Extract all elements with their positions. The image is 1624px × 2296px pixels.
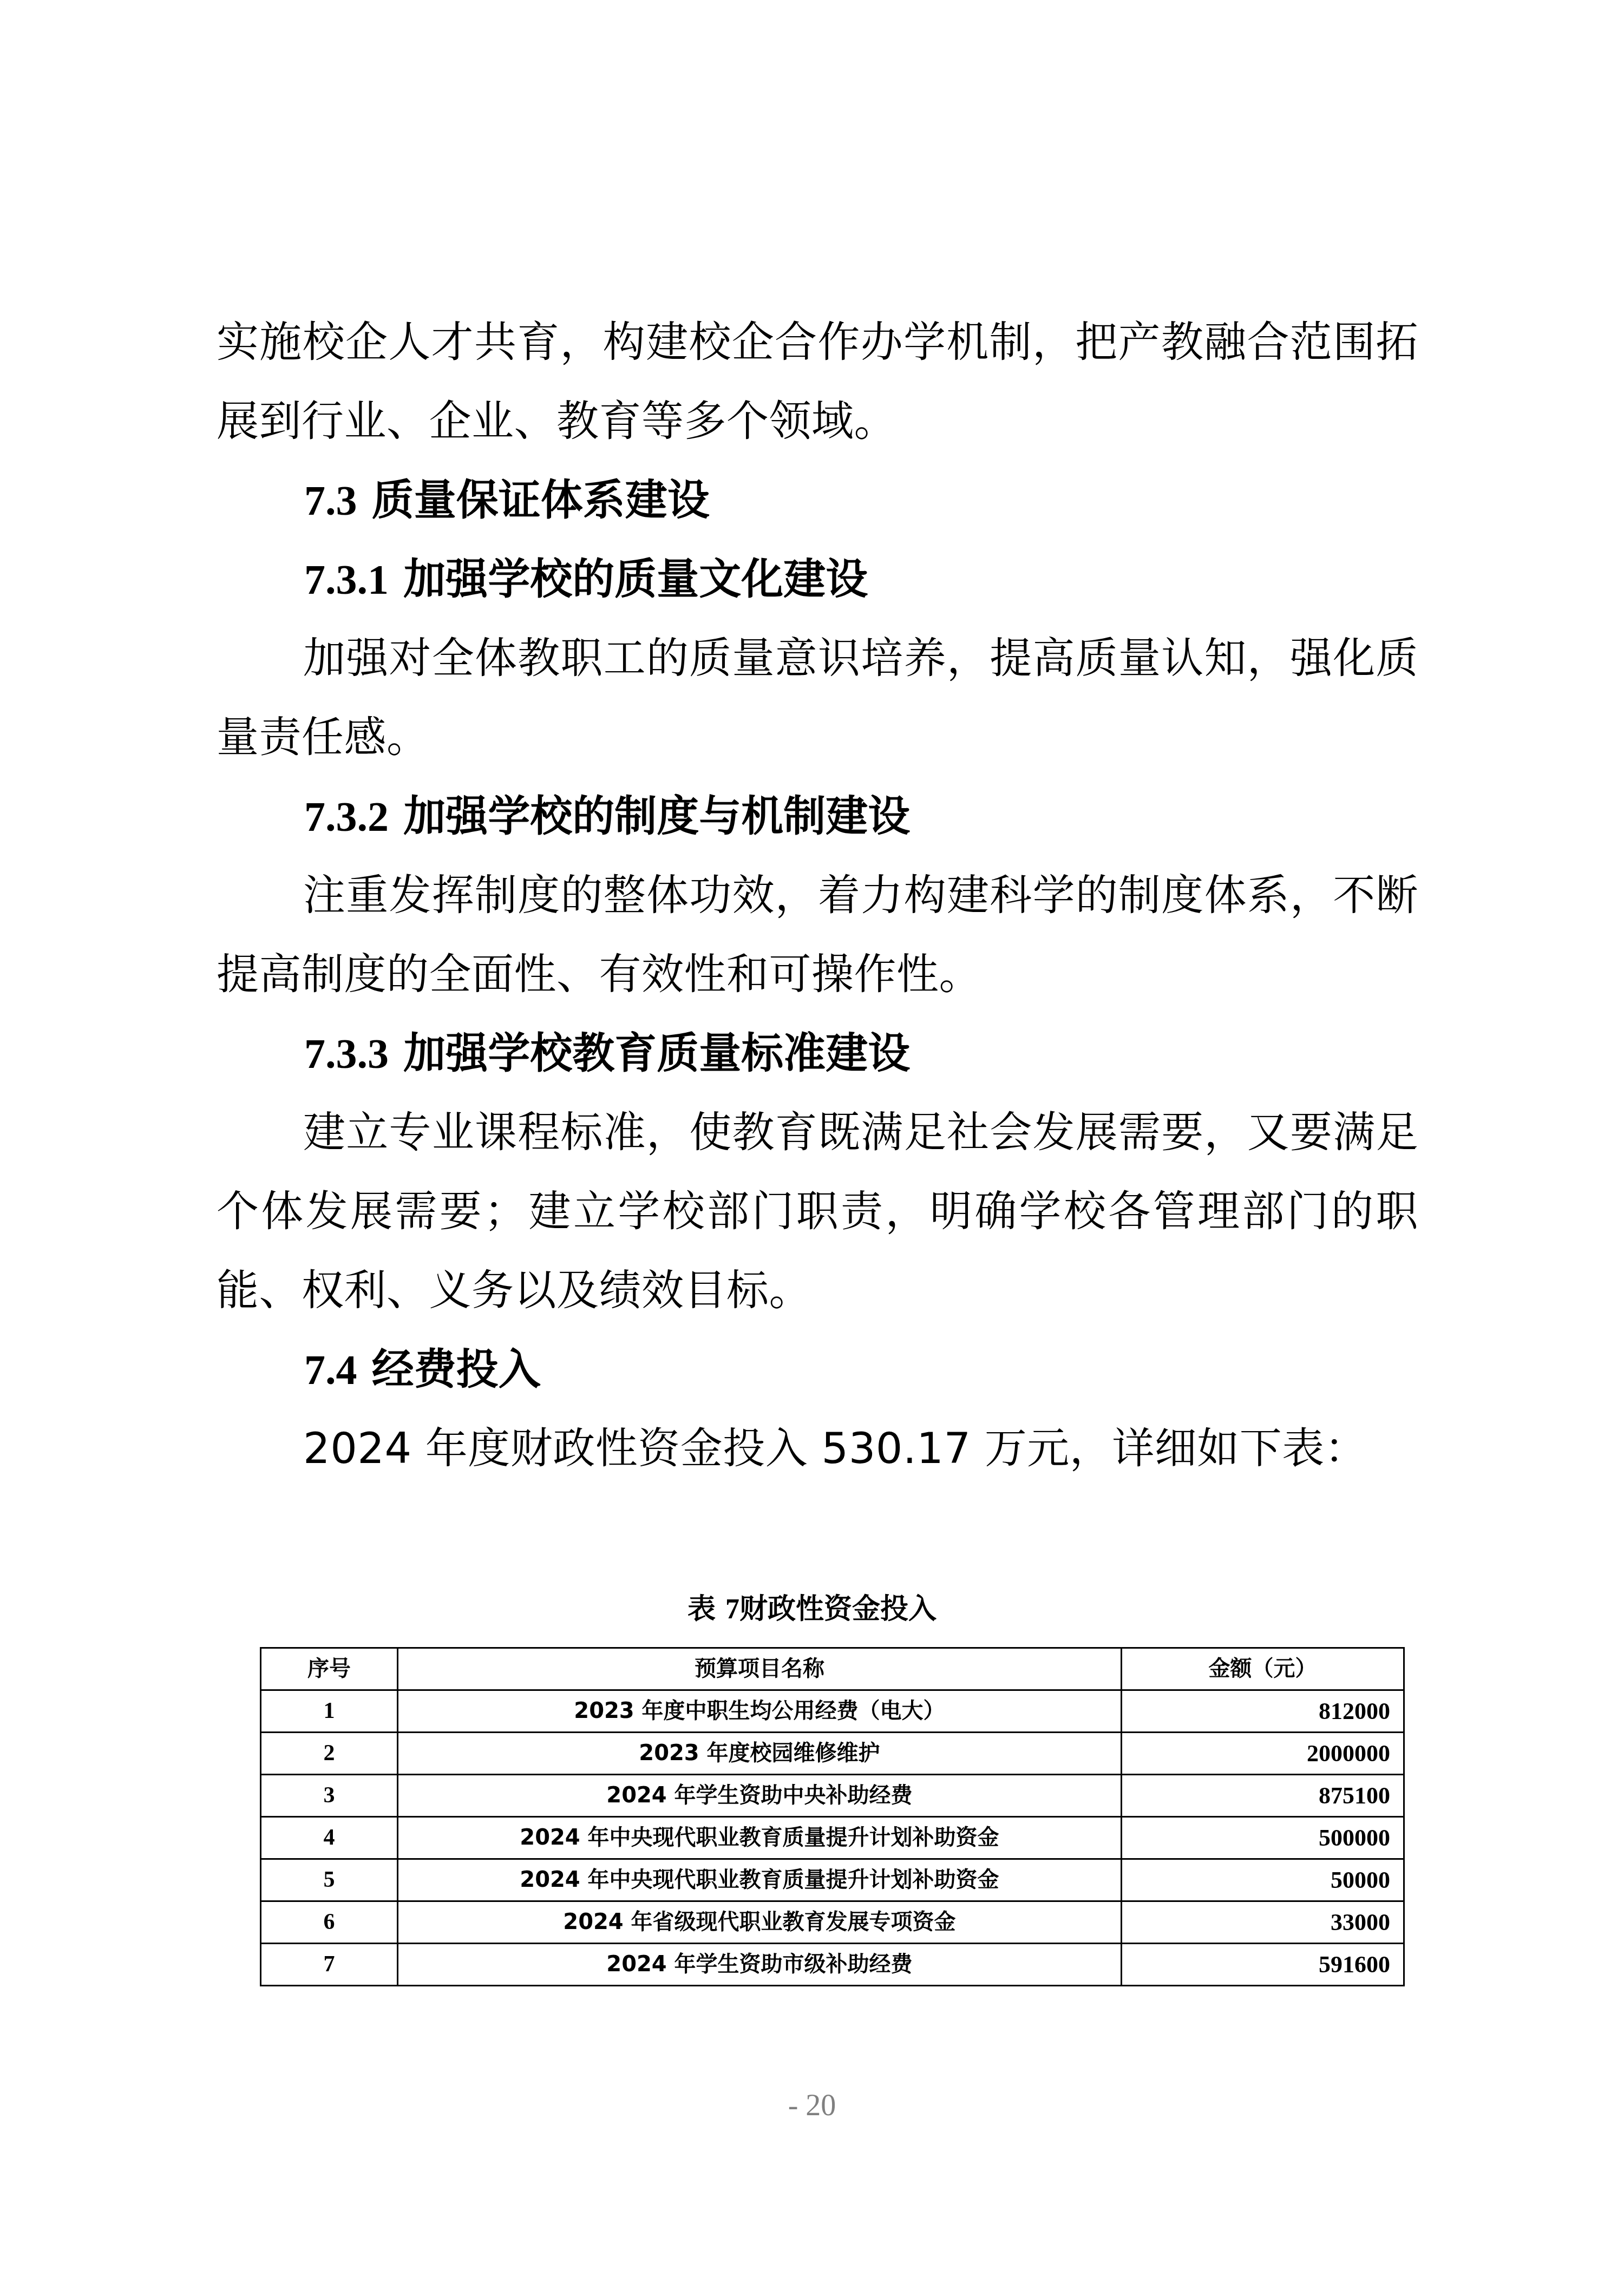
table-caption: 表 7财政性资金投入 — [0, 1590, 1624, 1629]
table-caption-title: 财政性资金投入 — [739, 1593, 937, 1625]
section-heading-7-3-3: 7.3.3 加强学校教育质量标准建设 — [217, 1014, 1418, 1093]
cell-seq: 5 — [261, 1859, 398, 1901]
paragraph-7-3-2: 注重发挥制度的整体功效，着力构建科学的制度体系，不断提高制度的全面性、有效性和可… — [217, 856, 1418, 1014]
page-number: - 20 — [0, 2088, 1624, 2123]
section-title: 质量保证体系建设 — [372, 476, 710, 525]
cell-seq: 4 — [261, 1817, 398, 1859]
cell-seq: 1 — [261, 1690, 398, 1733]
section-number: 7.4 — [304, 1346, 357, 1393]
table-row: 6 2024 年省级现代职业教育发展专项资金 33000 — [261, 1901, 1404, 1944]
table-row: 7 2024 年学生资助市级补助经费 591600 — [261, 1944, 1404, 1986]
fiscal-funding-table: 序号 预算项目名称 金额（元） 1 2023 年度中职生均公用经费（电大） 81… — [260, 1647, 1405, 1986]
cell-amount: 33000 — [1122, 1901, 1404, 1944]
cell-amount: 2000000 — [1122, 1733, 1404, 1775]
table-row: 3 2024 年学生资助中央补助经费 875100 — [261, 1775, 1404, 1817]
cell-seq: 7 — [261, 1944, 398, 1986]
cell-name: 2023 年度校园维修维护 — [398, 1733, 1122, 1775]
header-seq: 序号 — [261, 1648, 398, 1690]
cell-seq: 2 — [261, 1733, 398, 1775]
continued-paragraph: 实施校企人才共育，构建校企合作办学机制，把产教融合范围拓展到行业、企业、教育等多… — [217, 303, 1418, 461]
table-row: 2 2023 年度校园维修维护 2000000 — [261, 1733, 1404, 1775]
section-title: 加强学校的质量文化建设 — [403, 555, 868, 604]
cell-name: 2023 年度中职生均公用经费（电大） — [398, 1690, 1122, 1733]
section-heading-7-3: 7.3 质量保证体系建设 — [217, 461, 1418, 540]
cell-amount: 500000 — [1122, 1817, 1404, 1859]
cell-amount: 591600 — [1122, 1944, 1404, 1986]
section-number: 7.3.1 — [304, 556, 389, 603]
cell-amount: 812000 — [1122, 1690, 1404, 1733]
table-row: 5 2024 年中央现代职业教育质量提升计划补助资金 50000 — [261, 1859, 1404, 1901]
section-heading-7-4: 7.4 经费投入 — [217, 1330, 1418, 1409]
cell-seq: 6 — [261, 1901, 398, 1944]
section-title: 加强学校教育质量标准建设 — [403, 1029, 910, 1078]
section-heading-7-3-1: 7.3.1 加强学校的质量文化建设 — [217, 540, 1418, 619]
cell-name: 2024 年中央现代职业教育质量提升计划补助资金 — [398, 1859, 1122, 1901]
paragraph-7-4: 2024 年度财政性资金投入 530.17 万元，详细如下表： — [217, 1409, 1418, 1488]
paragraph-7-3-3: 建立专业课程标准，使教育既满足社会发展需要，又要满足个体发展需要；建立学校部门职… — [217, 1093, 1418, 1330]
table-row: 1 2023 年度中职生均公用经费（电大） 812000 — [261, 1690, 1404, 1733]
cell-name: 2024 年省级现代职业教育发展专项资金 — [398, 1901, 1122, 1944]
header-amount: 金额（元） — [1122, 1648, 1404, 1690]
cell-name: 2024 年学生资助中央补助经费 — [398, 1775, 1122, 1817]
section-number: 7.3.2 — [304, 793, 389, 840]
table-caption-number: 7 — [725, 1594, 739, 1625]
cell-name: 2024 年学生资助市级补助经费 — [398, 1944, 1122, 1986]
cell-seq: 3 — [261, 1775, 398, 1817]
section-heading-7-3-2: 7.3.2 加强学校的制度与机制建设 — [217, 777, 1418, 856]
section-title: 加强学校的制度与机制建设 — [403, 792, 910, 841]
document-body: 实施校企人才共育，构建校企合作办学机制，把产教融合范围拓展到行业、企业、教育等多… — [217, 303, 1418, 1488]
cell-name: 2024 年中央现代职业教育质量提升计划补助资金 — [398, 1817, 1122, 1859]
section-title: 经费投入 — [372, 1346, 541, 1394]
cell-amount: 875100 — [1122, 1775, 1404, 1817]
cell-amount: 50000 — [1122, 1859, 1404, 1901]
section-number: 7.3.3 — [304, 1030, 389, 1077]
section-number: 7.3 — [304, 477, 357, 524]
table-caption-prefix: 表 — [687, 1593, 716, 1625]
paragraph-7-3-1: 加强对全体教职工的质量意识培养，提高质量认知，强化质量责任感。 — [217, 619, 1418, 777]
table-header-row: 序号 预算项目名称 金额（元） — [261, 1648, 1404, 1690]
table-row: 4 2024 年中央现代职业教育质量提升计划补助资金 500000 — [261, 1817, 1404, 1859]
header-name: 预算项目名称 — [398, 1648, 1122, 1690]
